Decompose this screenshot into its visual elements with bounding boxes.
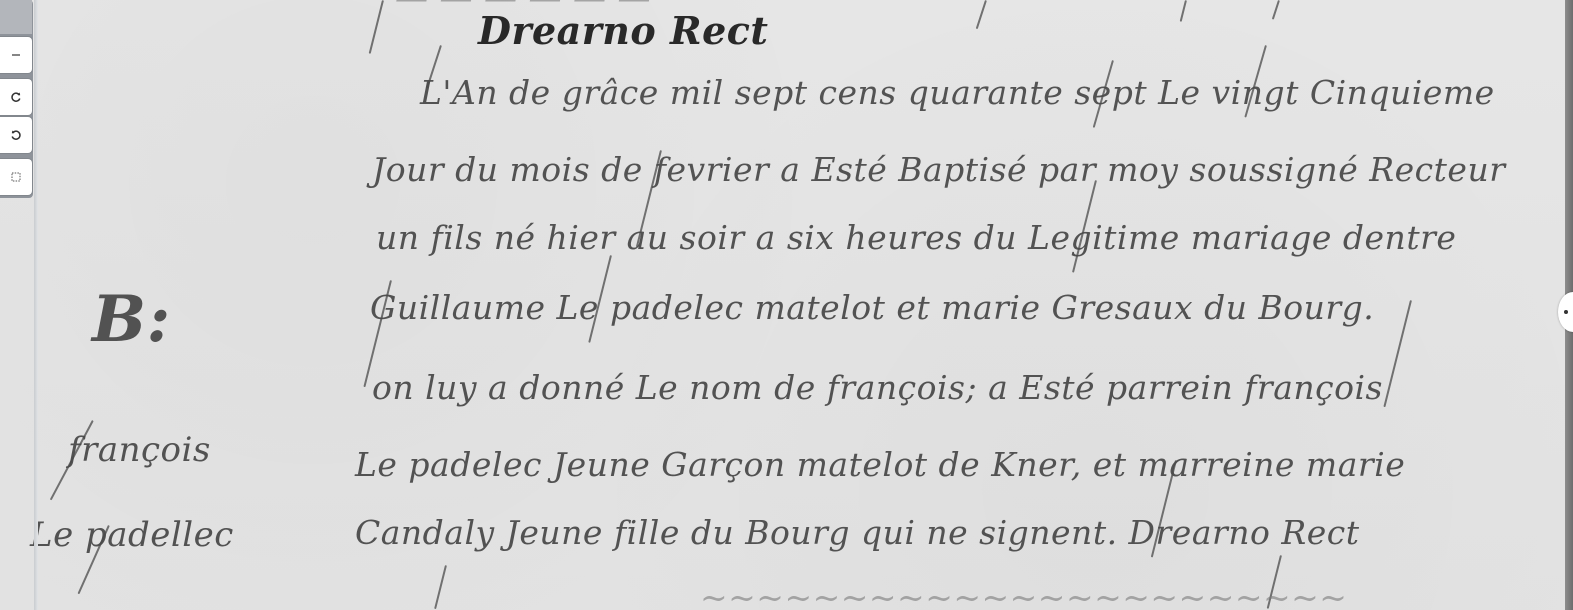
record-line-4: Guillaume Le padelec matelot et marie Gr… bbox=[370, 288, 1374, 327]
zoom-in-button[interactable] bbox=[0, 0, 32, 34]
zoom-out-button[interactable] bbox=[0, 37, 32, 73]
rotate-left-button[interactable] bbox=[0, 117, 32, 153]
ink-stroke bbox=[434, 565, 447, 609]
scanned-document-page[interactable]: — — — — — — Drearno Rect L'An de grâce m… bbox=[0, 0, 1565, 610]
margin-baptism-mark: B: bbox=[92, 282, 171, 357]
ink-stroke bbox=[369, 0, 384, 54]
rotate-counterclockwise-icon bbox=[10, 129, 22, 141]
next-page-icon bbox=[1564, 310, 1568, 314]
rotate-right-button[interactable] bbox=[0, 79, 32, 115]
page-shadow-left bbox=[34, 0, 38, 610]
ink-stroke bbox=[976, 0, 987, 29]
fit-page-button[interactable] bbox=[0, 159, 32, 195]
minus-icon bbox=[10, 49, 22, 61]
margin-name-last: Le padellec bbox=[30, 515, 234, 555]
fit-to-screen-icon bbox=[10, 171, 22, 183]
rotate-clockwise-icon bbox=[10, 91, 22, 103]
ink-stroke bbox=[1383, 300, 1412, 407]
record-line-3: un fils né hier au soir a six heures du … bbox=[376, 218, 1456, 257]
signature-top: Drearno Rect bbox=[478, 8, 768, 53]
ink-stroke bbox=[1180, 0, 1187, 22]
ink-stroke bbox=[1272, 0, 1280, 20]
record-line-1: L'An de grâce mil sept cens quarante sep… bbox=[420, 73, 1495, 112]
record-line-2: Jour du mois de fevrier a Esté Baptisé p… bbox=[372, 150, 1505, 189]
partial-line-below: ~~~~~~~~~~~~~~~~~~~~~~~ bbox=[700, 578, 1347, 610]
margin-name-first: françois bbox=[68, 430, 211, 470]
viewer-toolbar bbox=[0, 0, 34, 200]
record-line-7: Candaly Jeune fille du Bourg qui ne sign… bbox=[355, 513, 1360, 552]
record-line-5: on luy a donné Le nom de françois; a Est… bbox=[372, 368, 1383, 407]
record-line-6: Le padelec Jeune Garçon matelot de Kner,… bbox=[355, 445, 1405, 484]
document-viewer[interactable]: — — — — — — Drearno Rect L'An de grâce m… bbox=[0, 0, 1573, 610]
